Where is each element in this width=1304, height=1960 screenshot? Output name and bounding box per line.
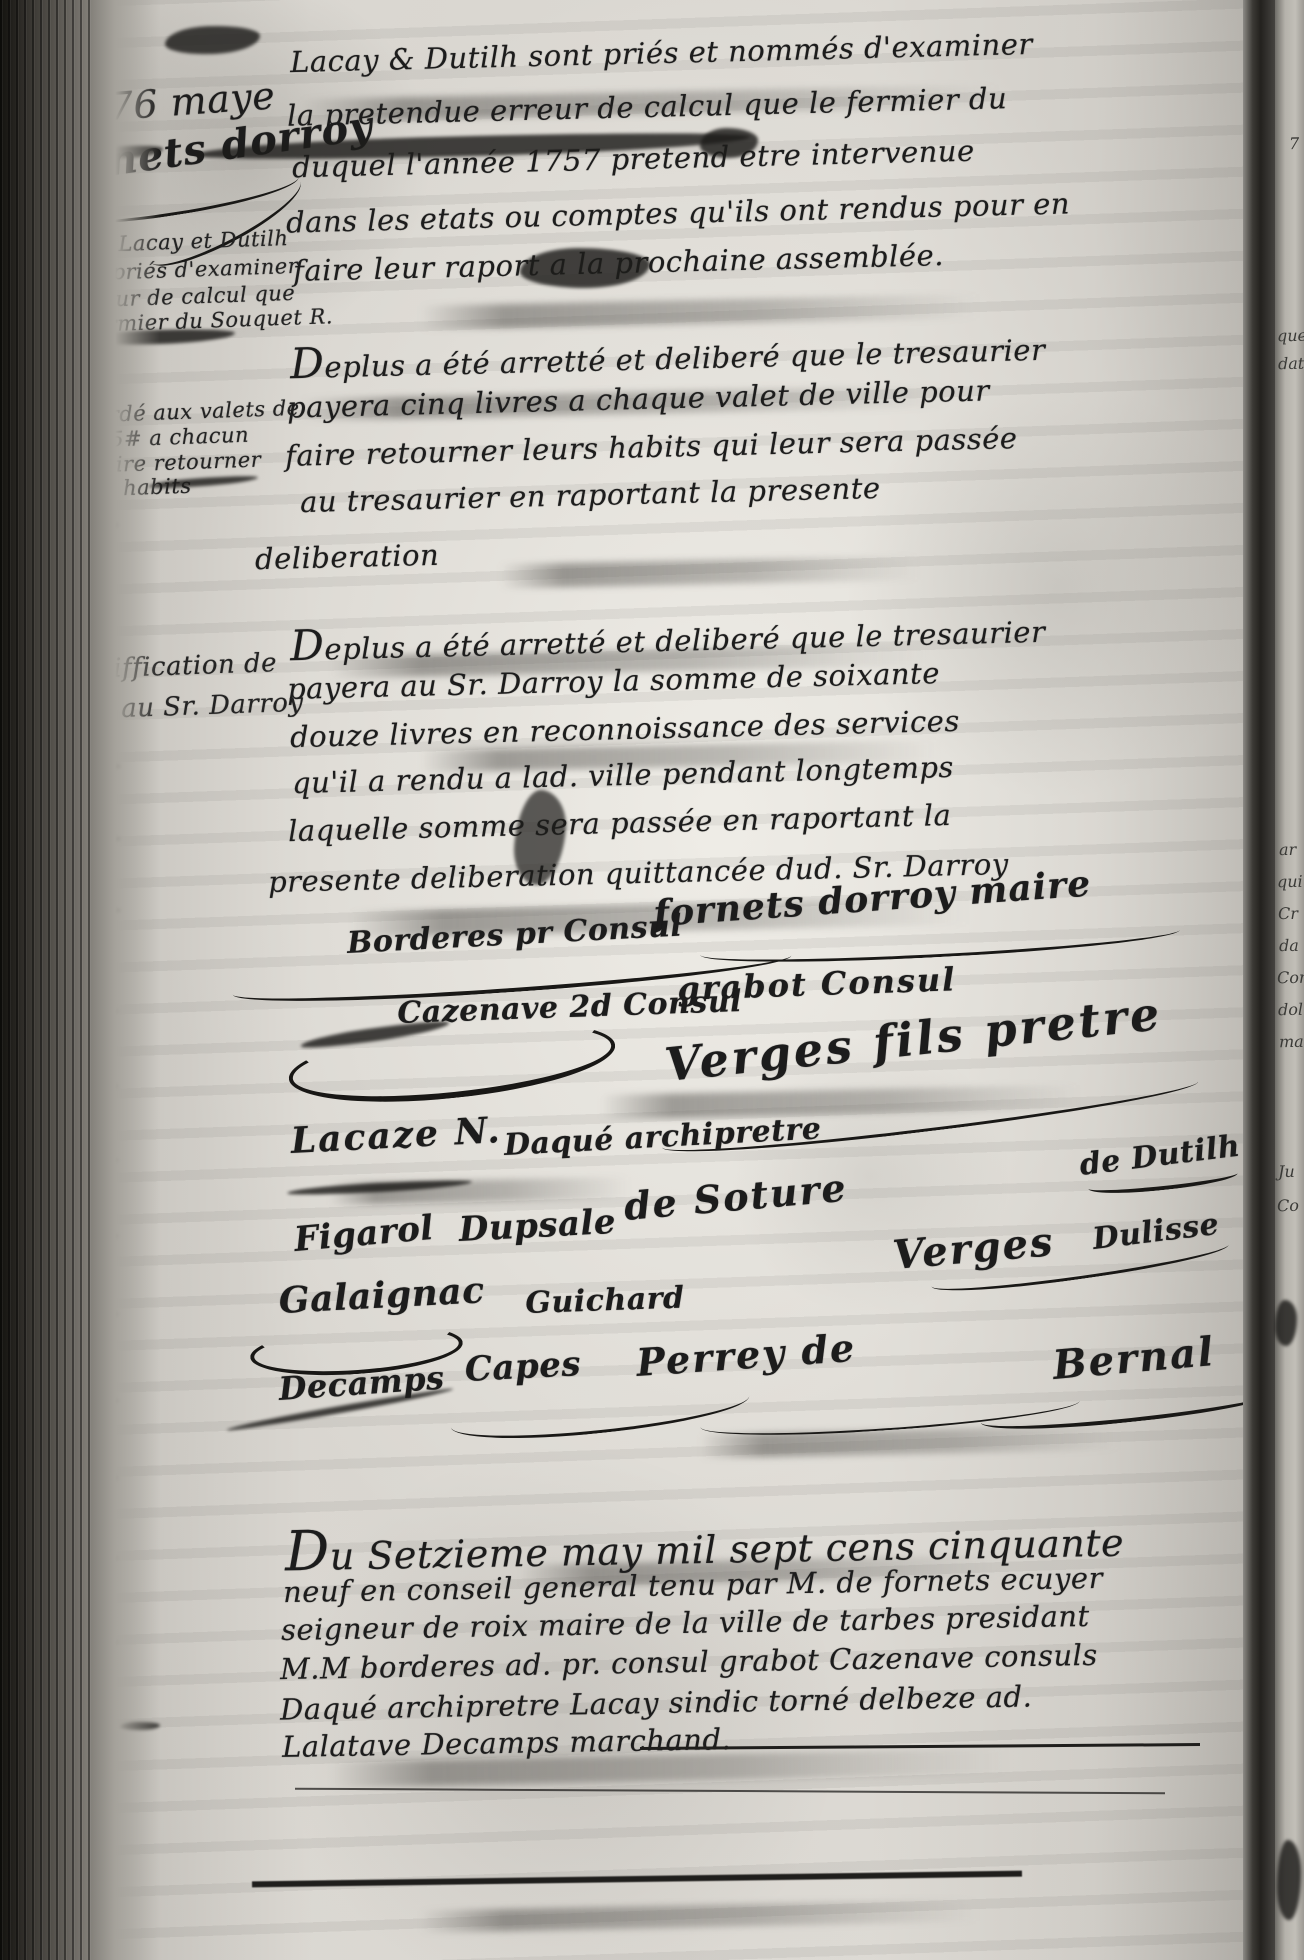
next-page-fragment: ma [1279, 1032, 1304, 1051]
page-gutter-shadow [1243, 0, 1275, 1960]
signature-guichard: Guichard [525, 1280, 685, 1321]
ink-smudge [1275, 1300, 1297, 1346]
scanned-register-page: Lacay & Dutilh sont priés et nommés d'ex… [0, 0, 1304, 1960]
signature-dupsale: Dupsale [458, 1202, 617, 1250]
next-page-fragment: Ju [1278, 1162, 1295, 1181]
next-page-fragment: Cr [1278, 904, 1298, 923]
next-page-fragment: dol [1278, 1000, 1303, 1019]
next-page-fragment: que [1277, 326, 1304, 346]
signature-capes: Capes [464, 1344, 582, 1390]
body-line: deliberation [255, 538, 440, 576]
next-page-fragment: Con [1277, 968, 1304, 988]
book-binding-edge [0, 0, 160, 1960]
next-page-fragment: dat [1278, 354, 1304, 373]
ink-smudge [1277, 1840, 1301, 1920]
next-page-fragment: ar [1279, 840, 1297, 859]
next-page-fragment: da [1279, 936, 1299, 955]
next-page-fragment: qui [1277, 872, 1303, 891]
next-page-fragment: Co [1277, 1196, 1299, 1215]
next-page-sliver: 7 que dat ar qui Cr da Con dol ma Ju Co [1275, 0, 1304, 1960]
next-page-fragment: 7 [1289, 134, 1300, 153]
